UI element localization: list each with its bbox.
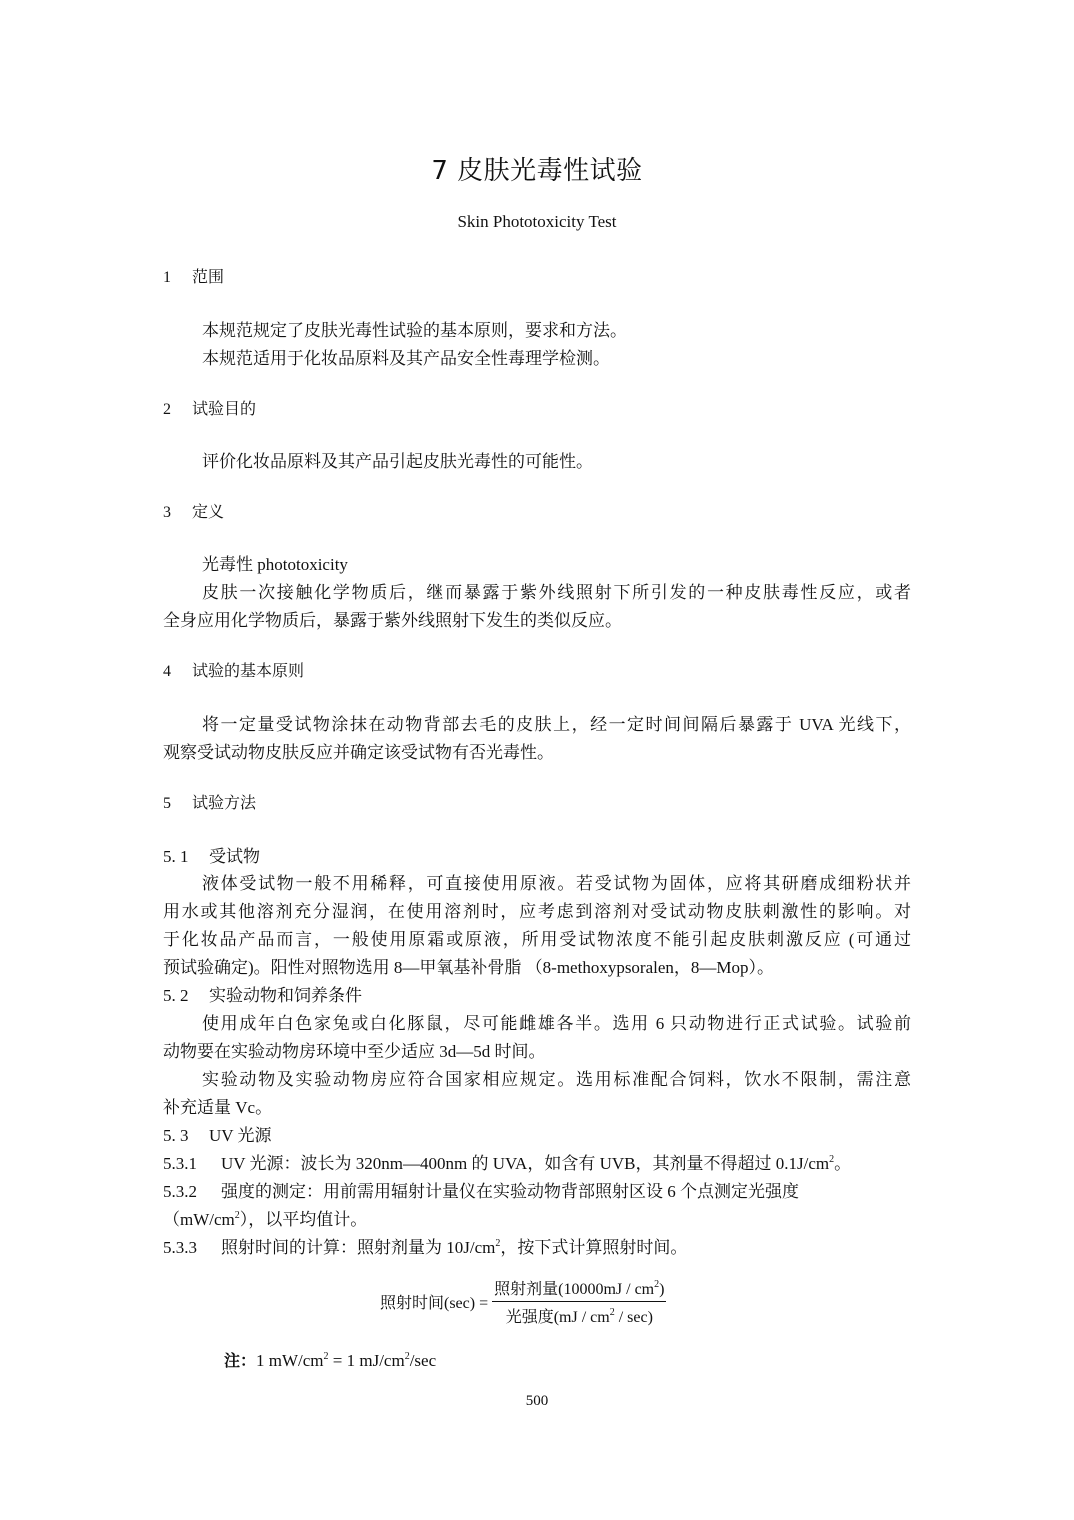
paragraph: 评价化妆品原料及其产品引起皮肤光毒性的可能性。 <box>202 447 593 472</box>
denominator-text-end: / sec) <box>615 1309 653 1326</box>
item-text-end: ），以平均值计。 <box>240 1210 368 1229</box>
section-2-heading: 2试验目的 <box>163 396 256 419</box>
formula-numerator: 照射剂量(10000mJ / cm2) <box>492 1276 666 1302</box>
formula-fraction: 照射剂量(10000mJ / cm2) 光强度(mJ / cm2 / sec) <box>492 1276 666 1327</box>
item-5-3-3: 5.3.3照射时间的计算：照射剂量为 10J/cm2，按下式计算照射时间。 <box>163 1233 687 1258</box>
item-number: 5.3.1 <box>163 1154 221 1174</box>
numerator-text: 照射剂量(10000mJ / cm <box>494 1281 654 1298</box>
note-label: 注： <box>224 1351 256 1370</box>
section-number: 3 <box>163 504 192 522</box>
subsection-title: 受试物 <box>209 847 260 866</box>
page-subtitle: Skin Phototoxicity Test <box>0 212 1074 232</box>
document-page: 7 皮肤光毒性试验 Skin Phototoxicity Test 1范围 本规… <box>0 0 1074 1520</box>
note-text: /sec <box>410 1351 436 1370</box>
item-text-end: 。 <box>834 1154 851 1173</box>
subsection-number: 5. 3 <box>163 1126 209 1146</box>
item-number: 5.3.3 <box>163 1238 221 1258</box>
page-number: 500 <box>0 1393 1074 1410</box>
note-text: = 1 mJ/cm <box>329 1351 405 1370</box>
section-number: 2 <box>163 401 192 419</box>
section-5-heading: 5试验方法 <box>163 790 256 813</box>
section-title: 试验目的 <box>192 399 256 418</box>
numerator-text-end: ) <box>659 1281 664 1298</box>
subsection-number: 5. 1 <box>163 847 209 867</box>
section-number: 1 <box>163 269 192 287</box>
formula-note: 注：1 mW/cm2 = 1 mJ/cm2/sec <box>224 1348 436 1371</box>
note-text: 1 mW/cm <box>256 1351 324 1370</box>
section-title: 试验方法 <box>192 793 256 812</box>
item-text-end: ，按下式计算照射时间。 <box>500 1238 687 1257</box>
section-title: 范围 <box>192 267 224 286</box>
subsection-title: UV 光源 <box>209 1126 272 1145</box>
item-text: （mW/cm <box>163 1210 235 1229</box>
section-title: 定义 <box>192 502 224 521</box>
definition-line: 全身应用化学物质后，暴露于紫外线照射下发生的类似反应。 <box>163 606 622 631</box>
section-3-heading: 3定义 <box>163 499 224 522</box>
subsection-5-1-heading: 5. 1受试物 <box>163 842 260 867</box>
paragraph-line: 补充适量 Vc。 <box>163 1093 272 1118</box>
section-4-heading: 4试验的基本原则 <box>163 658 304 681</box>
item-5-3-1: 5.3.1UV 光源：波长为 320nm—400nm 的 UVA，如含有 UVB… <box>163 1149 851 1174</box>
denominator-text: 光强度(mJ / cm <box>506 1309 610 1326</box>
section-number: 4 <box>163 663 192 681</box>
paragraph-line: 使用成年白色家兔或白化豚鼠，尽可能雌雄各半。选用 6 只动物进行正式试验。试验前 <box>202 1009 911 1034</box>
exposure-time-formula: 照射时间(sec) = 照射剂量(10000mJ / cm2) 光强度(mJ /… <box>380 1276 666 1327</box>
subsection-5-3-heading: 5. 3UV 光源 <box>163 1121 272 1146</box>
item-text: 照射时间的计算：照射剂量为 10J/cm <box>221 1238 495 1257</box>
subsection-5-2-heading: 5. 2实验动物和饲养条件 <box>163 981 362 1006</box>
formula-denominator: 光强度(mJ / cm2 / sec) <box>506 1302 653 1327</box>
item-5-3-2-continued: （mW/cm2），以平均值计。 <box>163 1205 367 1230</box>
definition-line: 皮肤一次接触化学物质后，继而暴露于紫外线照射下所引发的一种皮肤毒性反应，或者 <box>202 578 911 603</box>
paragraph-line: 于化妆品产品而言，一般使用原霜或原液，所用受试物浓度不能引起皮肤刺激反应 (可通… <box>163 925 911 950</box>
definition-term: 光毒性 phototoxicity <box>202 550 348 575</box>
paragraph-line: 将一定量受试物涂抹在动物背部去毛的皮肤上，经一定时间间隔后暴露于 UVA 光线下… <box>202 710 911 735</box>
paragraph: 本规范适用于化妆品原料及其产品安全性毒理学检测。 <box>202 344 610 369</box>
paragraph-line: 实验动物及实验动物房应符合国家相应规定。选用标准配合饲料，饮水不限制，需注意 <box>202 1065 911 1090</box>
page-title: 7 皮肤光毒性试验 <box>0 150 1074 187</box>
paragraph-line: 液体受试物一般不用稀释，可直接使用原液。若受试物为固体，应将其研磨成细粉状并 <box>202 869 911 894</box>
item-text: UV 光源：波长为 320nm—400nm 的 UVA，如含有 UVB，其剂量不… <box>221 1154 829 1173</box>
paragraph-line: 动物要在实验动物房环境中至少适应 3d—5d 时间。 <box>163 1037 546 1062</box>
subsection-title: 实验动物和饲养条件 <box>209 986 362 1005</box>
item-5-3-2: 5.3.2强度的测定：用前需用辐射计量仪在实验动物背部照射区设 6 个点测定光强… <box>163 1177 799 1202</box>
formula-lhs: 照射时间(sec) = <box>380 1290 488 1313</box>
subsection-number: 5. 2 <box>163 986 209 1006</box>
paragraph-line: 用水或其他溶剂充分湿润，在使用溶剂时，应考虑到溶剂对受试动物皮肤刺激性的影响。对 <box>163 897 911 922</box>
section-title: 试验的基本原则 <box>192 661 304 680</box>
item-number: 5.3.2 <box>163 1182 221 1202</box>
paragraph-line: 预试验确定)。阳性对照物选用 8—甲氧基补骨脂 （8-methoxypsoral… <box>163 953 774 978</box>
section-number: 5 <box>163 795 192 813</box>
section-1-heading: 1范围 <box>163 264 224 287</box>
paragraph-line: 观察受试动物皮肤反应并确定该受试物有否光毒性。 <box>163 738 554 763</box>
item-text: 强度的测定：用前需用辐射计量仪在实验动物背部照射区设 6 个点测定光强度 <box>221 1182 799 1201</box>
paragraph: 本规范规定了皮肤光毒性试验的基本原则，要求和方法。 <box>202 316 627 341</box>
